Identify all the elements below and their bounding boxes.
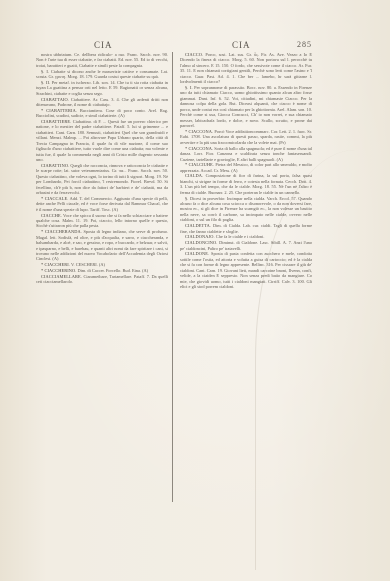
- entry-headword: CIACCO.: [185, 52, 203, 57]
- dictionary-entry: CIALDA. Composizione di fior di farina, …: [180, 173, 312, 195]
- entry-headword: * CIACCHERI.: [41, 262, 70, 267]
- dictionary-entry: §. Dicesi in proverbio: Incimpar nella c…: [180, 196, 312, 223]
- dictionary-entry: CIABATTINO. Quegli che racconcia, rinnov…: [36, 163, 168, 196]
- entry-definition: Per metaf. in ischerzo. Lib. son. 14. Ch…: [36, 80, 168, 96]
- dictionary-entry: §. II. Per metaf. in ischerzo. Lib. son.…: [36, 80, 168, 96]
- entry-headword: CIACCIAMELLARE.: [41, 274, 82, 279]
- entry-headword: §. I.: [185, 85, 193, 90]
- dictionary-entry: * CIACCHERI. V. CESCHERI. (A): [36, 262, 168, 267]
- entry-headword: * CIABATTERIA.: [41, 108, 77, 113]
- entry-headword: §. I.: [41, 69, 49, 74]
- entry-definition: Quegli che racconcia, rinnova e rattocon…: [36, 163, 168, 195]
- entry-headword: CIABATTINO.: [41, 163, 69, 168]
- entry-headword: * CIACCONA.: [185, 129, 213, 134]
- running-head: CIA CIA 285: [36, 40, 312, 52]
- dictionary-entry: CIABATTIERE. Ciabattino. di F. ... Quest…: [36, 119, 168, 163]
- dictionary-entry: nostra ubbriatum. Ce. dellbera ridiculo-…: [36, 52, 168, 68]
- dictionary-entry: CIALDONAJO. Che fa le cialde e i cialdon…: [180, 234, 312, 239]
- entry-definition: Dim. di Caccer. Forcello. Bud. Etna. (A): [78, 268, 149, 273]
- entry-headword: CIABATTAIO.: [41, 97, 69, 102]
- page-number: 285: [297, 40, 312, 49]
- entry-headword: CIALDETTA.: [185, 223, 211, 228]
- dictionary-entry: CIACCIAMELLARE. Ciarametbare, Tartamella…: [36, 274, 168, 285]
- dictionary-entry: * CIACCALE. Add. T. del Commercio. Aggiu…: [36, 196, 168, 212]
- entry-headword: CIALDONCINO.: [185, 240, 217, 245]
- entry-definition: nostra ubbriatum. Ce. dellbera ridiculo-…: [36, 52, 168, 68]
- scanned-page: CIA CIA 285 nostra ubbriatum. Ce. dellbe…: [0, 0, 390, 581]
- entry-definition: Sposta di pasta confetta con zucchero e …: [180, 251, 312, 289]
- dictionary-entry: * CIACCHERINO. Dim. di Caccer. Forcello.…: [36, 268, 168, 273]
- entry-headword: CIACCHE.: [41, 213, 62, 218]
- entry-definition: Porco, sost. Lat. sus. Gr. ὗς. Fir. As. …: [180, 52, 312, 84]
- dictionary-entry: CIABATTAIO. Ciabattiere. Ar. Cass. 3. 4.…: [36, 97, 168, 108]
- entry-definition: Per soprannome di parassito. Bocc. nov. …: [180, 85, 312, 128]
- entry-definition: Ciabattino. di F. ... Questi fue un pove…: [36, 119, 168, 162]
- entry-headword: CIALDONAJO.: [185, 234, 215, 239]
- dictionary-entry: CIALDONE. Sposta di pasta confetta con z…: [180, 251, 312, 289]
- dictionary-entry: CIACCHE. Voce che spicca il suono che si…: [36, 213, 168, 229]
- entry-headword: * CIACCHERANDA.: [41, 229, 82, 234]
- entry-headword: CIABATTIERE.: [41, 119, 71, 124]
- entry-headword: CIALDA.: [185, 173, 203, 178]
- dictionary-entry: * CIACCONA. Porcò Voce addisttioncommarc…: [180, 129, 312, 145]
- dictionary-entry: CIALDONCINO. Diminut. di Cialdone. Lasc.…: [180, 240, 312, 251]
- running-head-left: CIA: [94, 40, 113, 50]
- entry-headword: CIALDONE.: [185, 251, 209, 256]
- dictionary-entry: * CIALCIUHE. Pietra del Messico, di colo…: [180, 162, 312, 173]
- dictionary-entry: * CIABATTERIA. Bucciantiera. Cose di poc…: [36, 108, 168, 119]
- right-column: CIACCO. Porco, sost. Lat. sus. Gr. ὗς. F…: [180, 52, 312, 504]
- entry-headword: * CIALCIUHE.: [185, 162, 214, 167]
- dictionary-entry: CIACCO. Porco, sost. Lat. sus. Gr. ὗς. F…: [180, 52, 312, 85]
- dictionary-entry: §. I. Per soprannome di parassito. Bocc.…: [180, 85, 312, 129]
- entry-definition: Sposta di legno indiano, che serve di pr…: [36, 229, 168, 261]
- dictionary-entry: CIALDETTA. Dim. di Cialda. Lab. cur. cia…: [180, 223, 312, 234]
- entry-headword: §. II.: [41, 80, 50, 85]
- entry-definition: Dicesi in proverbio: Incimpar nella cial…: [180, 196, 312, 223]
- left-column: nostra ubbriatum. Ce. dellbera ridiculo-…: [36, 52, 168, 504]
- entry-headword: * CIACCONA.: [185, 146, 213, 151]
- dictionary-entry: §. I. Ciabatte si dicono anche le masser…: [36, 69, 168, 80]
- entry-definition: Ciabatte si dicono anche le masserizie c…: [36, 69, 168, 79]
- entry-headword: * CIACCHERINO.: [41, 268, 76, 273]
- column-divider: [172, 52, 173, 502]
- entry-definition: Che fa le cialde e i cialdoni.: [216, 234, 265, 239]
- entry-definition: V. CESCHERI. (A): [71, 262, 105, 267]
- dictionary-entry: * CIACCONA. Sorta di ballo alla spagnuol…: [180, 146, 312, 162]
- entry-headword: * CIACCALE.: [41, 196, 68, 201]
- entry-headword: §.: [185, 196, 188, 201]
- running-head-center: CIA: [232, 40, 251, 50]
- dictionary-entry: * CIACCHERANDA. Sposta di legno indiano,…: [36, 229, 168, 262]
